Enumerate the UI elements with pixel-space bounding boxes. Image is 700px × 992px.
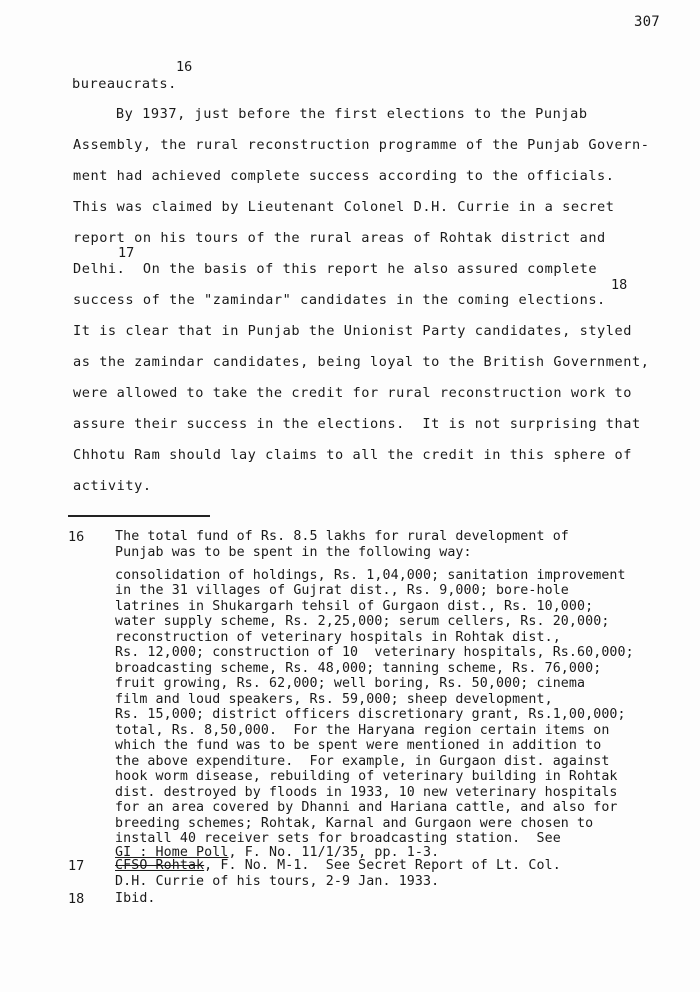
footnote-number: 18 bbox=[68, 891, 84, 907]
footnote-citation: CFSO Rohtak, F. No. M-1. See Secret Repo… bbox=[115, 858, 561, 873]
footnote-line: in the 31 villages of Gujrat dist., Rs. … bbox=[115, 583, 569, 598]
body-line: were allowed to take the credit for rura… bbox=[73, 385, 632, 401]
footnote-line: consolidation of holdings, Rs. 1,04,000;… bbox=[115, 568, 626, 583]
citation-source: CFSO Rohtak bbox=[115, 858, 204, 873]
footnote-ref-17: 17 bbox=[118, 245, 134, 261]
footnote-line: Rs. 15,000; district officers discretion… bbox=[115, 707, 626, 722]
body-line: activity. bbox=[73, 478, 152, 494]
body-line: bureaucrats. bbox=[72, 76, 177, 92]
body-line: as the zamindar candidates, being loyal … bbox=[73, 354, 649, 370]
footnote-line: The total fund of Rs. 8.5 lakhs for rura… bbox=[115, 529, 569, 544]
footnote-ref-18: 18 bbox=[611, 277, 627, 293]
body-line: Delhi. On the basis of this report he al… bbox=[73, 261, 597, 277]
body-line: report on his tours of the rural areas o… bbox=[73, 230, 606, 246]
footnote-line: breeding schemes; Rohtak, Karnal and Gur… bbox=[115, 816, 593, 831]
footnote-line: dist. destroyed by floods in 1933, 10 ne… bbox=[115, 785, 618, 800]
footnote-line: D.H. Currie of his tours, 2-9 Jan. 1933. bbox=[115, 874, 439, 889]
footnote-line: which the fund was to be spent were ment… bbox=[115, 738, 601, 753]
footnote-line: the above expenditure. For example, in G… bbox=[115, 754, 609, 769]
body-line: Assembly, the rural reconstruction progr… bbox=[73, 137, 649, 153]
footnote-line: water supply scheme, Rs. 2,25,000; serum… bbox=[115, 614, 609, 629]
footnote-line: install 40 receiver sets for broadcastin… bbox=[115, 831, 561, 846]
footnote-line: fruit growing, Rs. 62,000; well boring, … bbox=[115, 676, 585, 691]
body-line: success of the "zamindar" candidates in … bbox=[73, 292, 606, 308]
footnote-line: hook worm disease, rebuilding of veterin… bbox=[115, 769, 618, 784]
footnote-number: 16 bbox=[68, 529, 84, 545]
footnote-line: Punjab was to be spent in the following … bbox=[115, 545, 472, 560]
citation-detail: , F. No. M-1. See Secret Report of Lt. C… bbox=[204, 858, 561, 873]
footnote-line: reconstruction of veterinary hospitals i… bbox=[115, 630, 561, 645]
footnote-ref-16: 16 bbox=[176, 59, 192, 75]
footnote-line: latrines in Shukargarh tehsil of Gurgaon… bbox=[115, 599, 593, 614]
footnote-line: Ibid. bbox=[115, 891, 156, 906]
body-line: By 1937, just before the first elections… bbox=[81, 106, 588, 122]
footnote-line: Rs. 12,000; construction of 10 veterinar… bbox=[115, 645, 634, 660]
footnote-line: broadcasting scheme, Rs. 48,000; tanning… bbox=[115, 661, 601, 676]
footnote-number: 17 bbox=[68, 858, 84, 874]
footnote-line: film and loud speakers, Rs. 59,000; shee… bbox=[115, 692, 553, 707]
body-line: assure their success in the elections. I… bbox=[73, 416, 641, 432]
body-line: It is clear that in Punjab the Unionist … bbox=[73, 323, 632, 339]
page-number: 307 bbox=[634, 14, 660, 30]
body-line: This was claimed by Lieutenant Colonel D… bbox=[73, 199, 615, 215]
footnote-separator bbox=[68, 515, 210, 517]
footnote-line: total, Rs. 8,50,000. For the Haryana reg… bbox=[115, 723, 609, 738]
body-line: ment had achieved complete success accor… bbox=[73, 168, 615, 184]
body-line: Chhotu Ram should lay claims to all the … bbox=[73, 447, 632, 463]
footnote-line: for an area covered by Dhanni and Harian… bbox=[115, 800, 618, 815]
